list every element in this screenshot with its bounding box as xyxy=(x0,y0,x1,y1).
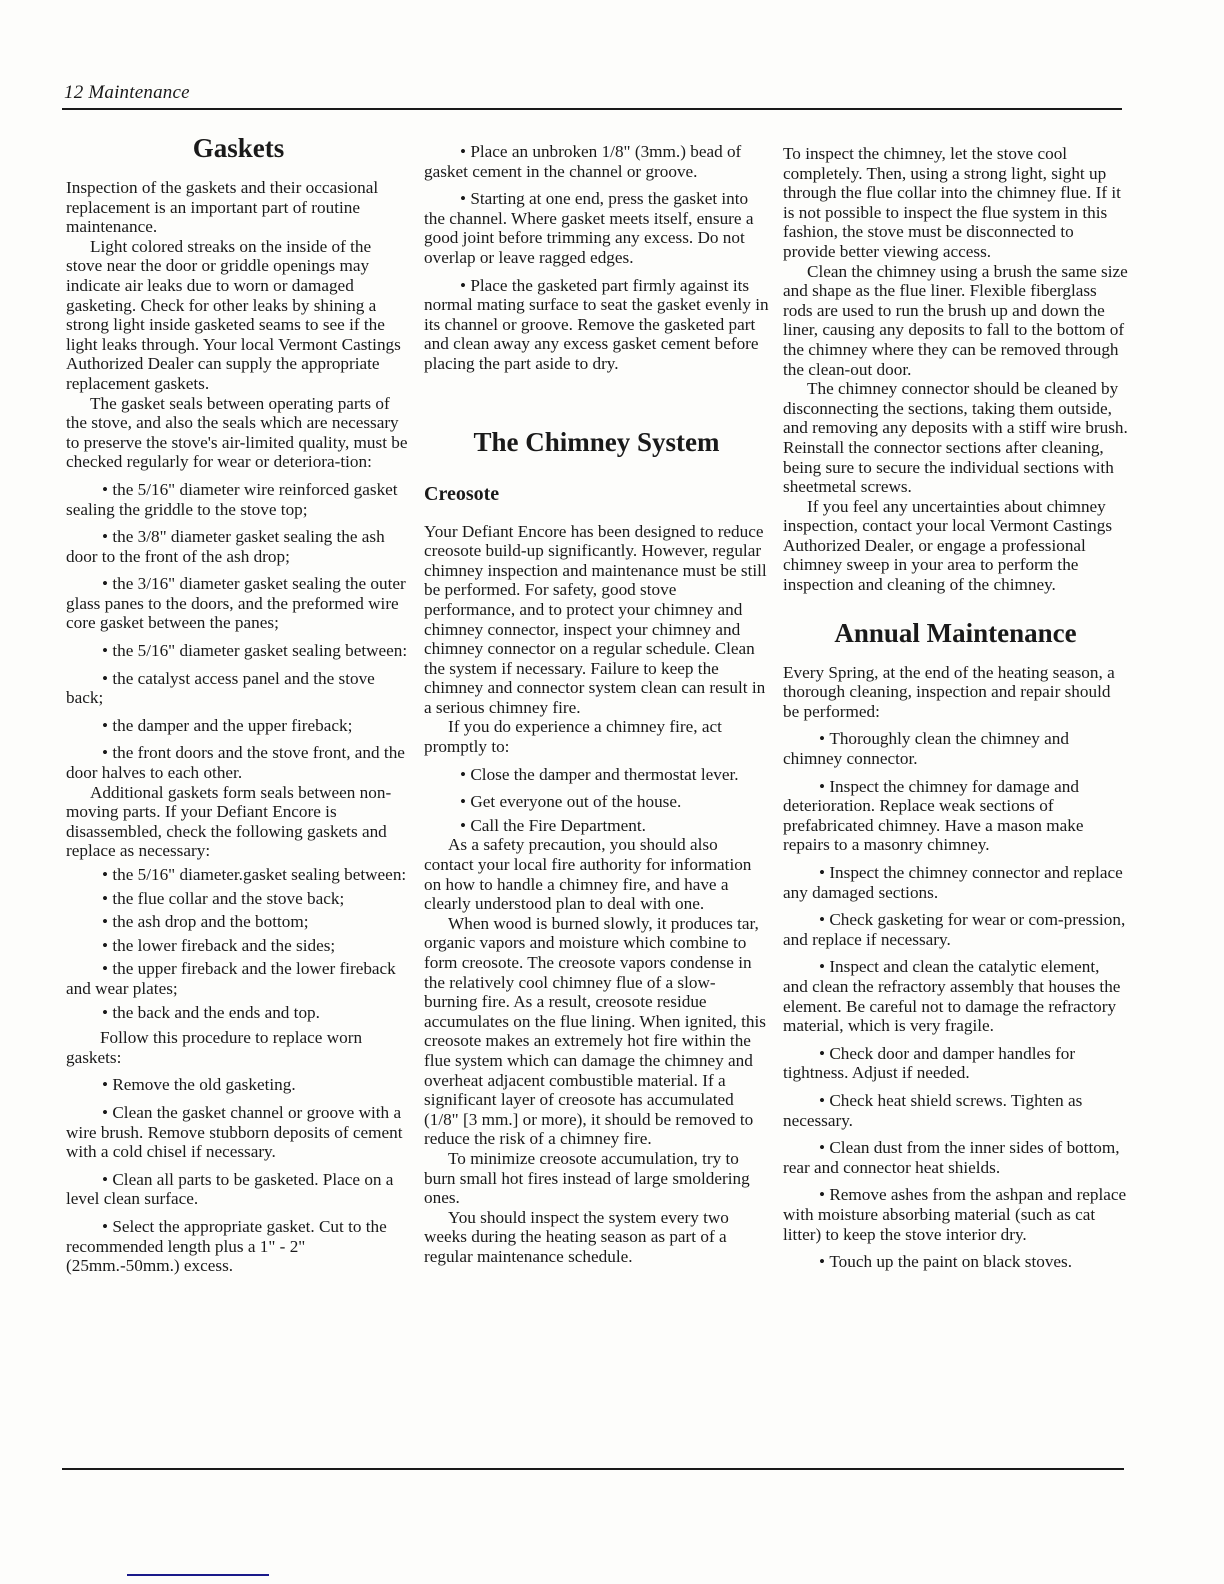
list-item: the 3/8" diameter gasket sealing the ash… xyxy=(66,527,411,566)
list-item: Select the appropriate gasket. Cut to th… xyxy=(66,1217,411,1276)
list-item: Clean dust from the inner sides of botto… xyxy=(783,1138,1128,1177)
blue-mark-line xyxy=(127,1574,269,1576)
paragraph: Additional gaskets form seals between no… xyxy=(66,783,411,861)
running-head: 12 Maintenance xyxy=(64,82,190,104)
list-item: the catalyst access panel and the stove … xyxy=(66,669,411,708)
list-item: the front doors and the stove front, and… xyxy=(66,743,411,782)
column-chimney-system: Place an unbroken 1/8" (3mm.) bead of ga… xyxy=(424,142,769,1267)
header-rule xyxy=(62,108,1122,110)
list-item: the damper and the upper fireback; xyxy=(66,716,411,736)
footer-rule xyxy=(62,1468,1124,1470)
column-annual-maintenance: To inspect the chimney, let the stove co… xyxy=(783,144,1128,1272)
paragraph: Every Spring, at the end of the heating … xyxy=(783,663,1128,722)
paragraph: When wood is burned slowly, it produces … xyxy=(424,914,769,1149)
list-item: Clean the gasket channel or groove with … xyxy=(66,1103,411,1162)
list-item: the lower fireback and the sides; xyxy=(66,936,411,956)
list-item: the 3/16" diameter gasket sealing the ou… xyxy=(66,574,411,633)
section-title-chimney-system: The Chimney System xyxy=(424,426,769,458)
list-item: the ash drop and the bottom; xyxy=(66,912,411,932)
list-item: Remove ashes from the ashpan and replace… xyxy=(783,1185,1128,1244)
list-item: the 5/16" diameter wire reinforced gaske… xyxy=(66,480,411,519)
list-item: Inspect and clean the catalytic element,… xyxy=(783,957,1128,1035)
list-item: the 5/16" diameter.gasket sealing betwee… xyxy=(66,865,411,885)
section-title-annual-maintenance: Annual Maintenance xyxy=(783,617,1128,649)
list-item: Inspect the chimney connector and replac… xyxy=(783,863,1128,902)
list-item: Touch up the paint on black stoves. xyxy=(783,1252,1128,1272)
paragraph: Inspection of the gaskets and their occa… xyxy=(66,178,411,237)
list-item: Starting at one end, press the gasket in… xyxy=(424,189,769,267)
list-item: Place the gasketed part firmly against i… xyxy=(424,276,769,374)
paragraph: Your Defiant Encore has been designed to… xyxy=(424,522,769,718)
list-item: Place an unbroken 1/8" (3mm.) bead of ga… xyxy=(424,142,769,181)
paragraph: Clean the chimney using a brush the same… xyxy=(783,262,1128,380)
subsection-title-creosote: Creosote xyxy=(424,482,769,506)
paragraph: To inspect the chimney, let the stove co… xyxy=(783,144,1128,262)
list-item: Remove the old gasketing. xyxy=(66,1075,411,1095)
list-item: Check heat shield screws. Tighten as nec… xyxy=(783,1091,1128,1130)
list-item: Check door and damper handles for tightn… xyxy=(783,1044,1128,1083)
column-gaskets: Gaskets Inspection of the gaskets and th… xyxy=(66,132,411,1276)
list-item: Clean all parts to be gasketed. Place on… xyxy=(66,1170,411,1209)
paragraph: If you do experience a chimney fire, act… xyxy=(424,717,769,756)
list-item: the flue collar and the stove back; xyxy=(66,889,411,909)
paragraph: As a safety precaution, you should also … xyxy=(424,835,769,913)
paragraph: If you feel any uncertainties about chim… xyxy=(783,497,1128,595)
list-item: Check gasketing for wear or com-pression… xyxy=(783,910,1128,949)
list-item: the 5/16" diameter gasket sealing betwee… xyxy=(66,641,411,661)
section-title-gaskets: Gaskets xyxy=(66,132,411,164)
list-item: Get everyone out of the house. xyxy=(424,792,769,812)
list-item: Inspect the chimney for damage and deter… xyxy=(783,777,1128,855)
paragraph: The chimney connector should be cleaned … xyxy=(783,379,1128,497)
list-item: Call the Fire Department. xyxy=(424,816,769,836)
list-item: Thoroughly clean the chimney and chimney… xyxy=(783,729,1128,768)
list-item: Close the damper and thermostat lever. xyxy=(424,765,769,785)
paragraph: You should inspect the system every two … xyxy=(424,1208,769,1267)
paragraph: To minimize creosote accumulation, try t… xyxy=(424,1149,769,1208)
paragraph: Light colored streaks on the inside of t… xyxy=(66,237,411,394)
paragraph: Follow this procedure to replace worn ga… xyxy=(66,1028,411,1067)
paragraph: The gasket seals between operating parts… xyxy=(66,394,411,472)
list-item: the upper fireback and the lower firebac… xyxy=(66,959,411,998)
list-item: the back and the ends and top. xyxy=(66,1003,411,1023)
